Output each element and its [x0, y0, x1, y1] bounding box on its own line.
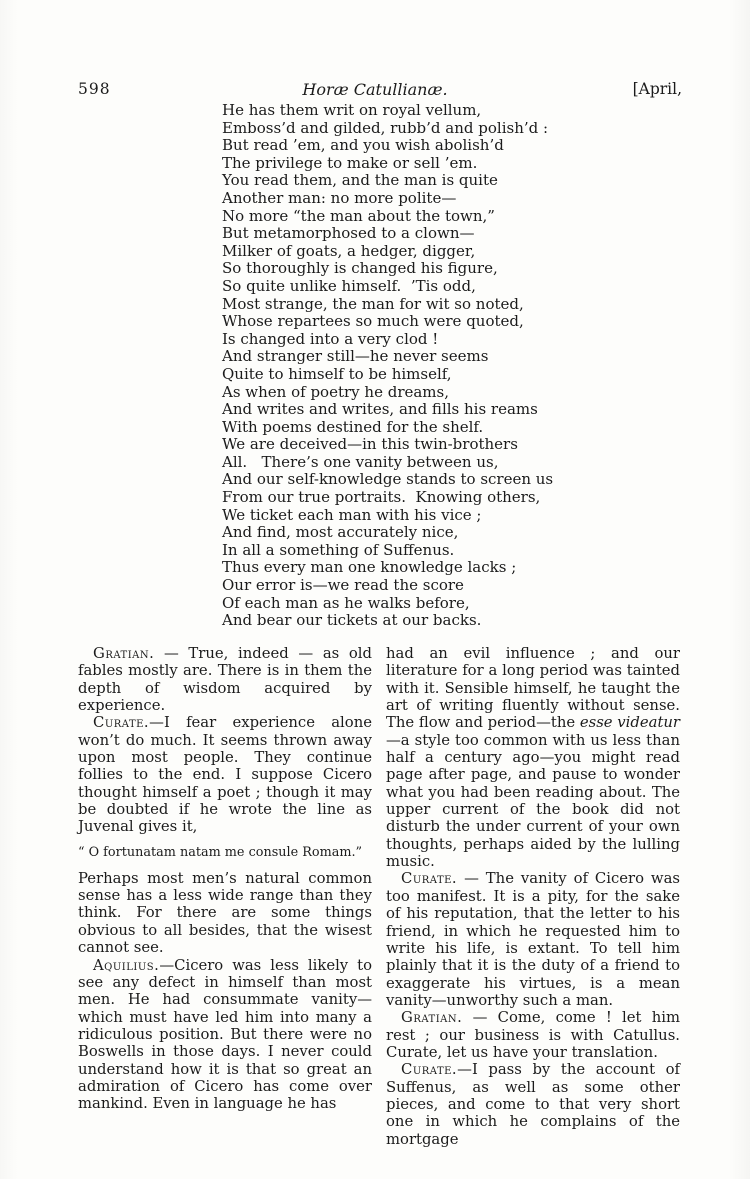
poem-line: And our self-knowledge stands to screen …: [222, 471, 553, 489]
text-run: Perhaps most men’s natural common sense …: [78, 870, 372, 956]
poem-line: So thoroughly is changed his figure,: [222, 260, 553, 278]
poem: He has them writ on royal vellum,Emboss’…: [222, 102, 553, 630]
journal-title: Horæ Catullianæ.: [78, 80, 672, 99]
poem-line: Emboss’d and gilded, rubb’d and polish’d…: [222, 120, 553, 138]
poem-line: Our error is—we read the score: [222, 577, 553, 595]
poem-line: Whose repartees so much were quoted,: [222, 313, 553, 331]
poem-line: Most strange, the man for wit so noted,: [222, 296, 553, 314]
poem-line: But metamorphosed to a clown—: [222, 225, 553, 243]
poem-line: No more “the man about the town,”: [222, 208, 553, 226]
poem-line: Of each man as he walks before,: [222, 595, 553, 613]
poem-line: But read ’em, and you wish abolish’d: [222, 137, 553, 155]
speaker-name: Gratian.: [93, 645, 154, 662]
poem-line: From our true portraits. Knowing others,: [222, 489, 553, 507]
poem-line: Is changed into a very clod !: [222, 331, 553, 349]
poem-line: We are deceived—in this twin-brothers: [222, 436, 553, 454]
paragraph: Curate.—I fear experience alone won’t do…: [78, 714, 372, 835]
poem-line: And bear our tickets at our backs.: [222, 612, 553, 630]
speaker-name: Gratian.: [401, 1009, 462, 1026]
poem-line: Milker of goats, a hedger, digger,: [222, 243, 553, 261]
speaker-name: Curate.: [401, 1061, 457, 1078]
scanned-book-page: 598 Horæ Catullianæ. [April, He has them…: [0, 0, 750, 1179]
speaker-name: Curate.: [93, 714, 149, 731]
text-run: —a style too common with us less than ha…: [386, 732, 680, 870]
poem-line: He has them writ on royal vellum,: [222, 102, 553, 120]
poem-line: And stranger still—he never seems: [222, 348, 553, 366]
paragraph: Aquilius.—Cicero was less likely to see …: [78, 957, 372, 1113]
paragraph: Perhaps most men’s natural common sense …: [78, 870, 372, 957]
text-run: esse videatur: [580, 714, 680, 731]
poem-line: The privilege to make or sell ’em.: [222, 155, 553, 173]
paragraph: Curate. — The vanity of Cicero was too m…: [386, 870, 680, 1009]
poem-line: As when of poetry he dreams,: [222, 384, 553, 402]
paragraph: had an evil influence ; and our literatu…: [386, 645, 680, 870]
text-run: —Cicero was less likely to see any defec…: [78, 957, 372, 1113]
poem-line: Another man: no more polite—: [222, 190, 553, 208]
poem-line: And writes and writes, and fills his rea…: [222, 401, 553, 419]
text-run: — The vanity of Cicero was too manifest.…: [386, 870, 680, 1008]
poem-line: You read them, and the man is quite: [222, 172, 553, 190]
speaker-name: Curate.: [401, 870, 457, 887]
poem-line: So quite unlike himself. ’Tis odd,: [222, 278, 553, 296]
text-run: “ O fortunatam natam me consule Romam.”: [78, 845, 362, 860]
poem-line: All. There’s one vanity between us,: [222, 454, 553, 472]
poem-line: Quite to himself to be himself,: [222, 366, 553, 384]
poem-line: And find, most accurately nice,: [222, 524, 553, 542]
speaker-name: Aquilius.: [93, 957, 159, 974]
latin-quote: “ O fortunatam natam me consule Romam.”: [78, 845, 372, 860]
paragraph: Gratian. — True, indeed — as old fables …: [78, 645, 372, 714]
poem-line: Thus every man one knowledge lacks ;: [222, 559, 553, 577]
poem-line: We ticket each man with his vice ;: [222, 507, 553, 525]
right-column: had an evil influence ; and our literatu…: [386, 645, 680, 1148]
issue-date: [April,: [633, 80, 682, 98]
text-run: —I fear experience alone won’t do much. …: [78, 714, 372, 835]
page-header: 598 Horæ Catullianæ. [April,: [78, 80, 682, 100]
poem-line: With poems destined for the shelf.: [222, 419, 553, 437]
paragraph: Gratian. — Come, come ! let him rest ; o…: [386, 1009, 680, 1061]
paragraph: Curate.—I pass by the account of Suffenu…: [386, 1061, 680, 1148]
left-column: Gratian. — True, indeed — as old fables …: [78, 645, 372, 1148]
text-columns: Gratian. — True, indeed — as old fables …: [78, 645, 680, 1148]
poem-line: In all a something of Suffenus.: [222, 542, 553, 560]
